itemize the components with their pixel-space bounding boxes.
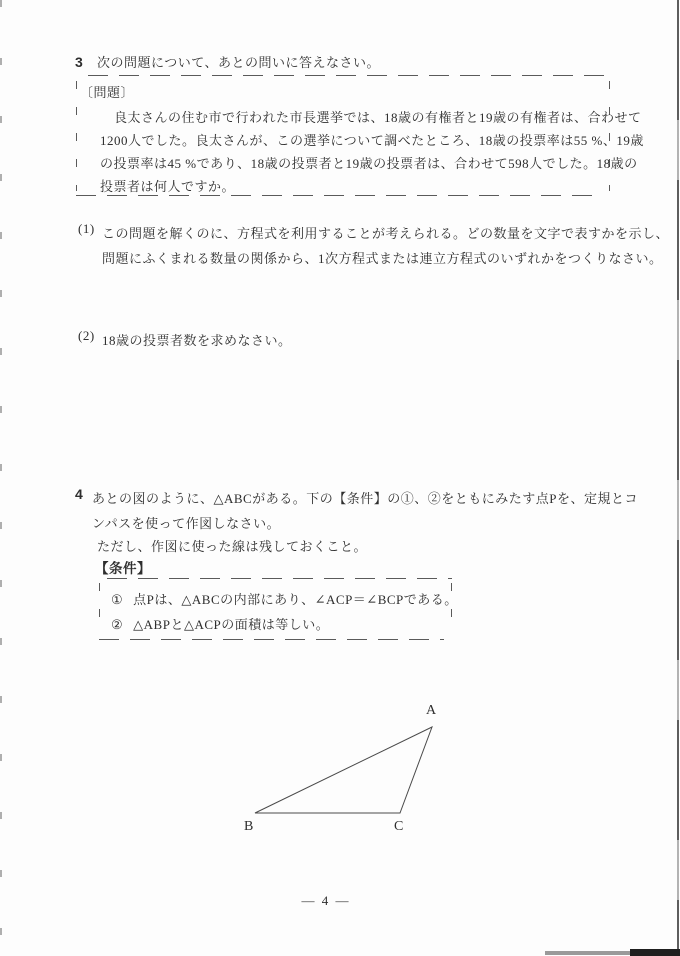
scan-edge-left-ticks [0, 0, 2, 956]
problem-statement-line: 良太さんの住む市で行われた市長選挙では、18歳の有権者と19歳の有権者は、合わせ… [100, 106, 644, 129]
sub1-marker: (1) [78, 221, 95, 237]
conditions-label: 【条件】 [95, 557, 151, 577]
scan-edge-bottom-dark [630, 949, 680, 956]
question-4-heading: 4 あとの図のように、△ABCがある。下の【条件】の①、②をともにみたす点Pを、… [75, 486, 638, 536]
triangle-abc [255, 727, 432, 813]
page-number: — 4 — [0, 893, 652, 909]
vertex-label-c: C [394, 819, 403, 834]
sub2-marker: (2) [78, 328, 95, 344]
sub1-line: この問題を解くのに、方程式を利用することが考えられる。どの数量を文字で表すかを示… [102, 221, 669, 246]
question-4-line: ンパスを使って作図しなさい。 [92, 511, 638, 536]
condition-item-2: ②△ABPと△ACPの面積は等しい。 [111, 614, 329, 633]
condition-2-marker: ② [111, 617, 123, 632]
question-4-note: ただし、作図に使った線は残しておくこと。 [97, 536, 367, 555]
problem-box-label: 〔問題〕 [80, 82, 134, 101]
problem-box: 〔問題〕 良太さんの住む市で行われた市長選挙では、18歳の有権者と19歳の有権者… [76, 75, 610, 196]
sub1-text: この問題を解くのに、方程式を利用することが考えられる。どの数量を文字で表すかを示… [102, 221, 669, 271]
problem-box-border-top [88, 75, 610, 76]
scan-edge-bottom-gray [545, 951, 637, 955]
question-4-number: 4 [75, 486, 83, 502]
condition-1-text: 点Pは、△ABCの内部にあり、∠ACP＝∠BCPである。 [133, 592, 458, 607]
question-3-intro: 次の問題について、あとの問いに答えなさい。 [97, 55, 380, 70]
question-3-sub1: (1) この問題を解くのに、方程式を利用することが考えられる。どの数量を文字で表… [78, 221, 669, 271]
conditions-box-border-top [107, 578, 452, 579]
question-4-statement: あとの図のように、△ABCがある。下の【条件】の①、②をともにみたす点Pを、定規… [92, 486, 638, 536]
question-3-sub2: (2) 18歳の投票者数を求めなさい。 [78, 328, 292, 353]
conditions-box: ①点Pは、△ABCの内部にあり、∠ACP＝∠BCPである。 ②△ABPと△ACP… [99, 578, 452, 640]
question-4-line: あとの図のように、△ABCがある。下の【条件】の①、②をともにみたす点Pを、定規… [92, 486, 638, 511]
condition-item-1: ①点Pは、△ABCの内部にあり、∠ACP＝∠BCPである。 [111, 589, 458, 608]
scan-edge-right [677, 0, 679, 956]
sub2-text: 18歳の投票者数を求めなさい。 [102, 328, 292, 353]
vertex-label-a: A [426, 703, 437, 718]
problem-statement: 良太さんの住む市で行われた市長選挙では、18歳の有権者と19歳の有権者は、合わせ… [100, 106, 644, 198]
problem-statement-line: 投票者は何人ですか。 [100, 175, 644, 198]
problem-box-border-left [76, 81, 77, 191]
sub1-line: 問題にふくまれる数量の関係から、1次方程式または連立方程式のいずれかをつくりなさ… [102, 246, 669, 271]
problem-statement-line: の投票率は45 %であり、18歳の投票者と19歳の投票者は、合わせて598人でし… [100, 152, 644, 175]
triangle-figure-svg: A B C [238, 697, 458, 837]
problem-statement-line: 1200人でした。良太さんが、この選挙について調べたところ、18歳の投票率は55… [100, 129, 644, 152]
vertex-label-b: B [244, 819, 253, 834]
conditions-box-border-left [99, 583, 100, 635]
question-3-heading: 3 次の問題について、あとの問いに答えなさい。 [75, 52, 380, 71]
conditions-box-border-bottom [99, 639, 444, 640]
condition-2-text: △ABPと△ACPの面積は等しい。 [133, 617, 329, 632]
condition-1-marker: ① [111, 592, 123, 607]
exam-page: 3 次の問題について、あとの問いに答えなさい。 〔問題〕 良太さんの住む市で行わ… [0, 0, 680, 956]
question-3-number: 3 [75, 54, 83, 70]
